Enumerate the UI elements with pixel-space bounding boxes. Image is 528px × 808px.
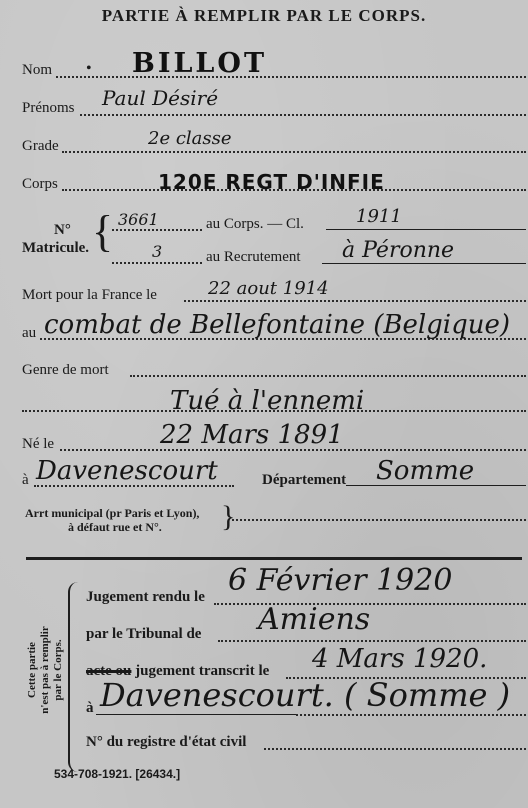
mort-value: 22 aout 1914 bbox=[208, 278, 329, 299]
transcrit-value: 4 Mars 1920. bbox=[312, 644, 487, 674]
side-note-line-3: par le Corps. bbox=[52, 580, 65, 760]
matricule-corps-label: au Corps. — Cl. bbox=[206, 216, 304, 233]
nom-line bbox=[56, 76, 526, 78]
military-death-record-card: PARTIE À REMPLIR PAR LE CORPS. Nom • BIL… bbox=[0, 0, 528, 808]
side-note: Cette partie n'est pas à remplir par le … bbox=[26, 580, 65, 760]
side-note-line-2: n'est pas à remplir bbox=[39, 580, 52, 760]
print-code: 534-708-1921. [26434.] bbox=[54, 767, 180, 781]
tribunal-line bbox=[218, 640, 526, 642]
grade-line bbox=[62, 151, 526, 153]
mort-line bbox=[184, 300, 526, 302]
recrutement-place-value: à Péronne bbox=[342, 238, 454, 263]
jugement-label: Jugement rendu le bbox=[86, 589, 205, 606]
departement-label: Département bbox=[262, 472, 346, 489]
matricule-label: Matricule. bbox=[22, 240, 89, 257]
naissance-label: Né le bbox=[22, 436, 54, 453]
grade-label: Grade bbox=[22, 138, 59, 155]
naissance-value: 22 Mars 1891 bbox=[160, 420, 344, 450]
departement-value: Somme bbox=[376, 456, 474, 486]
lieu-mort-prefix: au bbox=[22, 325, 36, 342]
tribunal-label: par le Tribunal de bbox=[86, 626, 201, 643]
tribunal-value: Amiens bbox=[258, 602, 370, 637]
mort-label: Mort pour la France le bbox=[22, 287, 157, 304]
matricule-corps-line bbox=[112, 229, 202, 231]
grade-value: 2e classe bbox=[148, 128, 232, 149]
prenoms-value: Paul Désiré bbox=[102, 86, 218, 110]
matricule-recrutement-value: 3 bbox=[152, 242, 162, 261]
lieu-transcription-line-solid bbox=[96, 714, 296, 715]
jugement-value: 6 Février 1920 bbox=[228, 563, 452, 598]
matricule-brace: { bbox=[92, 210, 113, 254]
recrutement-place-line bbox=[322, 263, 526, 264]
nom-label: Nom bbox=[22, 62, 52, 79]
section-divider bbox=[26, 557, 522, 560]
lieu-transcription-value: Davenescourt. ( Somme ) bbox=[100, 676, 510, 714]
arrondissement-line bbox=[232, 519, 526, 521]
classe-line bbox=[326, 229, 526, 230]
lieu-transcription-prefix: à bbox=[86, 700, 94, 717]
arrondissement-label-2: à défaut rue et N°. bbox=[68, 520, 162, 535]
section2-brace bbox=[68, 582, 78, 772]
classe-value: 1911 bbox=[356, 206, 402, 227]
matricule-recrutement-line bbox=[112, 262, 202, 264]
recrutement-label: au Recrutement bbox=[206, 249, 301, 266]
genre-mort-line bbox=[130, 375, 526, 377]
matricule-corps-value: 3661 bbox=[118, 210, 159, 229]
nom-value: BILLOT bbox=[132, 48, 267, 79]
form-title: PARTIE À REMPLIR PAR LE CORPS. bbox=[0, 6, 528, 26]
corps-label: Corps bbox=[22, 176, 58, 193]
prenoms-label: Prénoms bbox=[22, 100, 75, 117]
prenoms-line bbox=[80, 114, 526, 116]
lieu-transcription-line bbox=[296, 714, 526, 716]
corps-value: 120E REGT D'INFIE bbox=[158, 170, 385, 194]
registre-label: N° du registre d'état civil bbox=[86, 734, 246, 751]
matricule-no-label: N° bbox=[54, 222, 71, 239]
genre-mort-label: Genre de mort bbox=[22, 362, 109, 379]
lieu-mort-value: combat de Bellefontaine (Belgique) bbox=[44, 310, 510, 340]
lieu-naissance-value: Davenescourt bbox=[36, 456, 218, 486]
bullet-mark: • bbox=[86, 60, 92, 78]
lieu-naissance-prefix: à bbox=[22, 472, 29, 489]
arrondissement-brace: } bbox=[221, 502, 235, 532]
genre-mort-value: Tué à l'ennemi bbox=[170, 386, 364, 416]
side-note-line-1: Cette partie bbox=[26, 580, 39, 760]
arrondissement-label-1: Arrt municipal (pr Paris et Lyon), bbox=[25, 506, 199, 521]
registre-line bbox=[264, 748, 526, 750]
